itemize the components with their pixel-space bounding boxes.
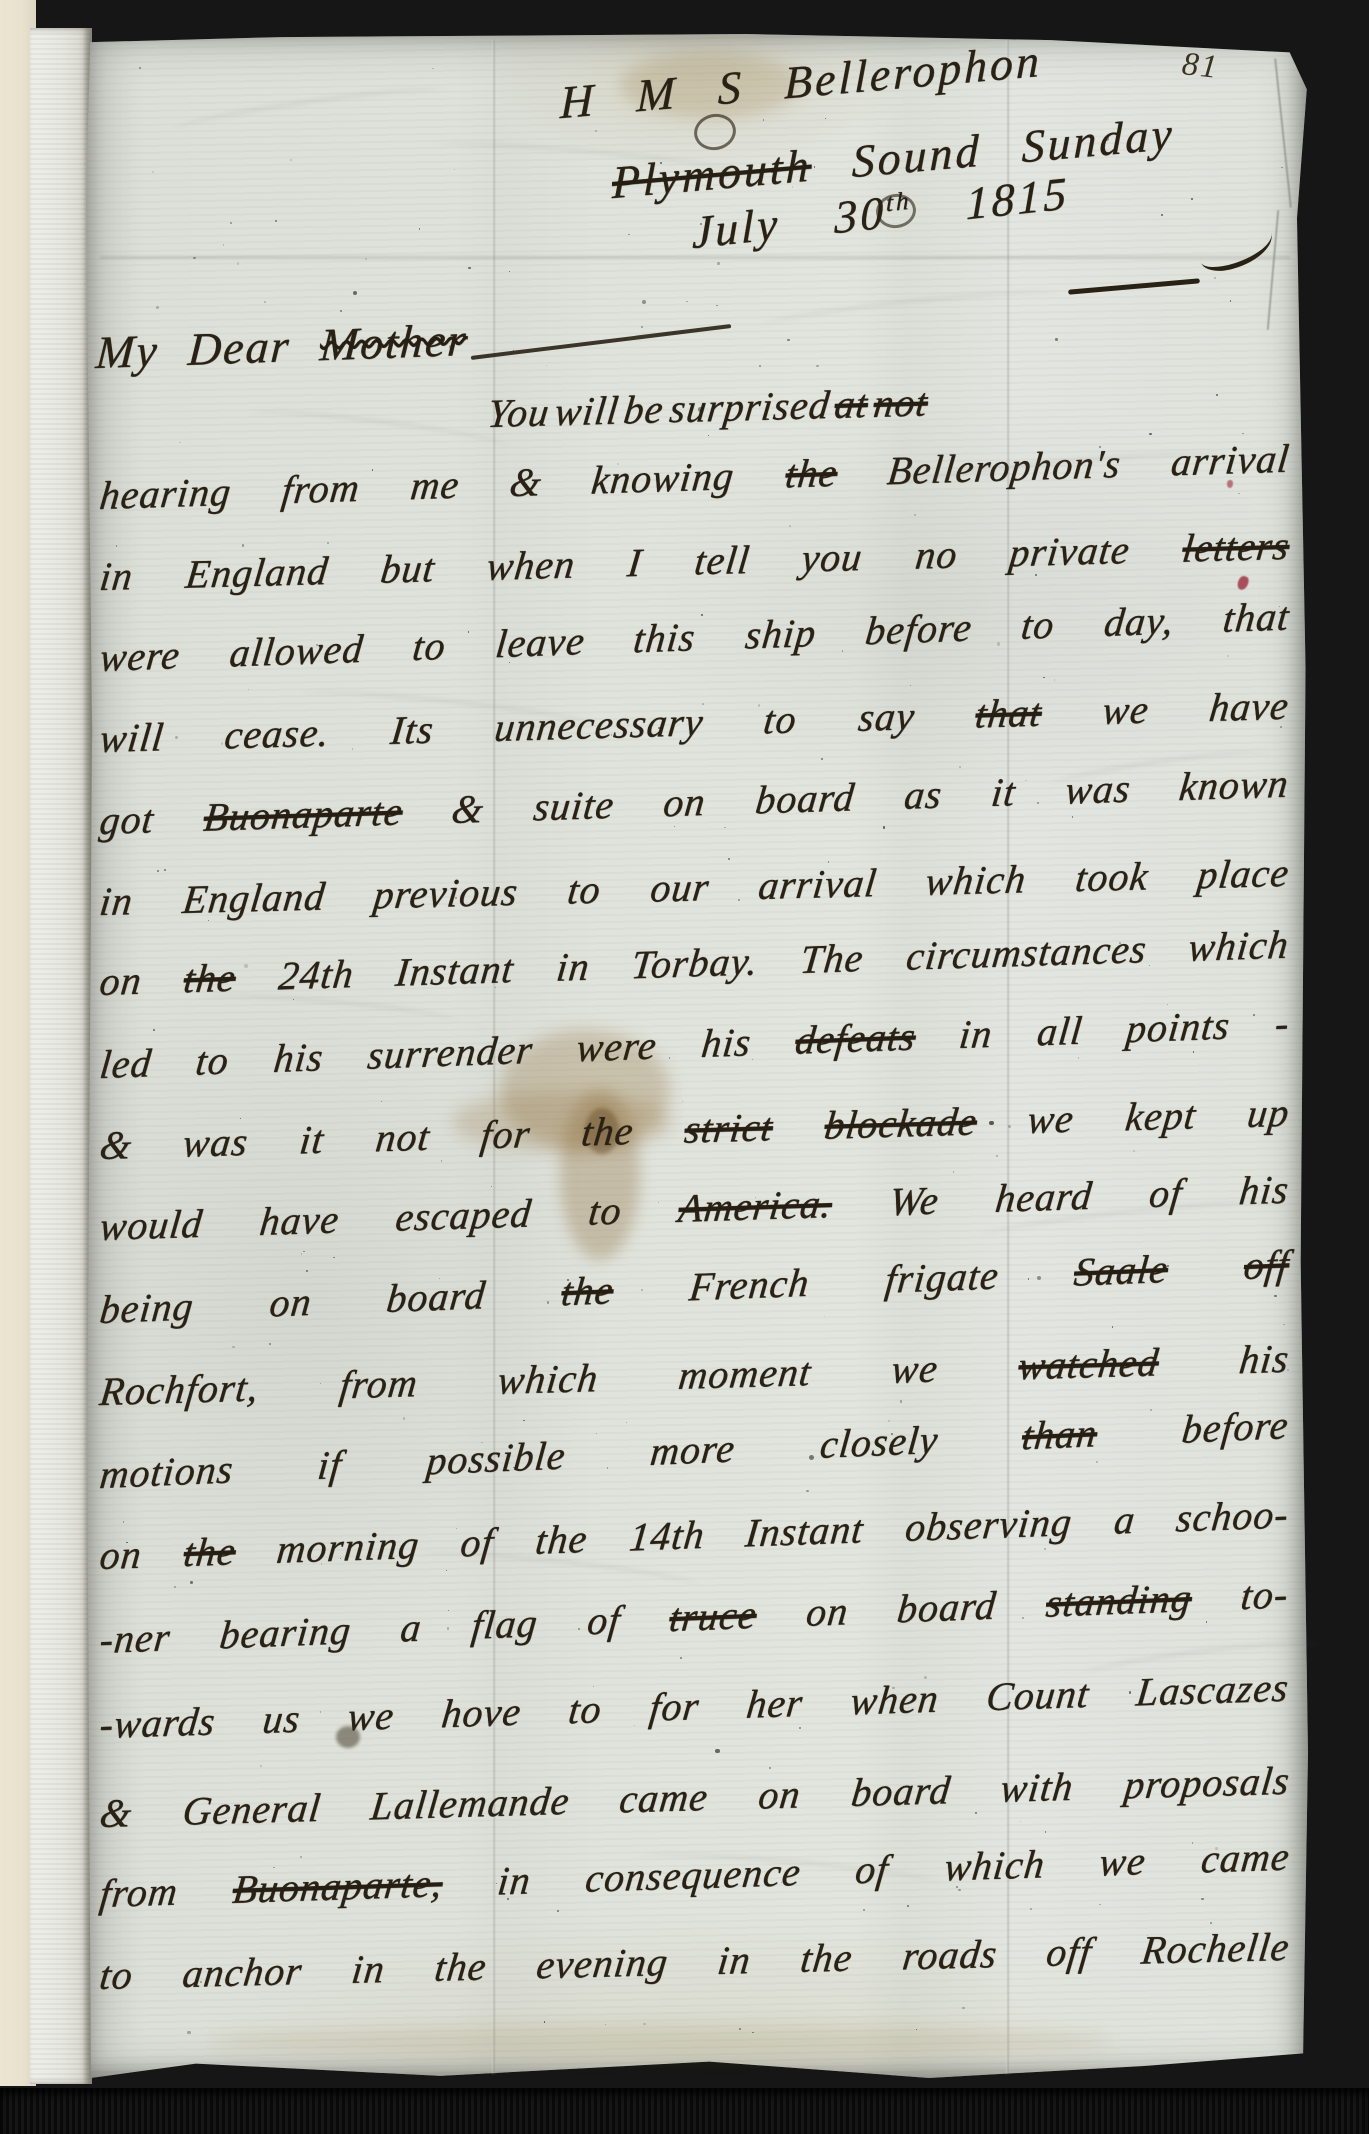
word: to [410, 622, 448, 670]
word: moment [676, 1348, 814, 1399]
ink-speck [682, 1101, 683, 1102]
ink-speck [1201, 1898, 1203, 1900]
word: when [484, 540, 578, 589]
word: England [183, 547, 331, 598]
ink-speck [900, 1400, 902, 1402]
word: we [1097, 1837, 1149, 1886]
ink-speck [1028, 1278, 1029, 1279]
manuscript-photo: 81 H M S Bellerophon Plymouth Sound Sund… [0, 0, 1369, 2134]
text-segment: My Dear [94, 319, 322, 378]
word: were [98, 631, 183, 681]
word: in [97, 877, 136, 925]
ink-speck [1099, 1904, 1100, 1905]
word: surrender [365, 1026, 535, 1079]
ink-speck [547, 1301, 549, 1303]
word: blockade [822, 1097, 980, 1148]
ink-speck [240, 1118, 241, 1119]
ink-speck [771, 171, 773, 173]
word: proposals [1122, 1757, 1293, 1809]
ink-speck [449, 345, 453, 349]
word: board [849, 1766, 953, 1816]
word: America. [676, 1180, 835, 1232]
ink-speck [340, 310, 342, 312]
ink-speck [381, 1101, 382, 1102]
ink-speck [763, 119, 765, 121]
word: in [957, 1010, 995, 1058]
word: I [625, 539, 645, 587]
ink-speck [419, 228, 420, 229]
ink-speck [269, 1343, 271, 1345]
ink-speck [607, 1467, 608, 1468]
ink-speck [996, 1155, 998, 1157]
ink-speck [1274, 1295, 1276, 1297]
word: we [1025, 1095, 1077, 1143]
ink-speck [275, 220, 277, 222]
ink-speck [264, 301, 266, 303]
stain-bottom-edge [210, 2024, 1110, 2058]
ink-speck [248, 689, 249, 690]
word: all [1035, 1007, 1085, 1056]
word: will [552, 386, 621, 435]
ink-speck [153, 1029, 155, 1031]
ink-speck [806, 1490, 808, 1492]
word: schoo- [1174, 1490, 1292, 1541]
ink-speck [642, 300, 646, 304]
ink-speck [891, 1433, 893, 1435]
word: that [1221, 592, 1292, 642]
word: board [385, 1271, 489, 1322]
word: we [889, 1344, 941, 1392]
word: in [495, 1856, 533, 1904]
word: a [399, 1604, 425, 1652]
ink-speck [922, 65, 924, 67]
word: observing [903, 1498, 1075, 1551]
word: circumstances [904, 925, 1149, 980]
word: of [585, 1596, 623, 1644]
word: ship [743, 609, 819, 659]
word: for [478, 1110, 533, 1159]
ink-speck [174, 1586, 175, 1587]
ink-speck [353, 291, 357, 295]
word: hove [440, 1688, 525, 1738]
word: which [942, 1840, 1048, 1890]
fabric-band [0, 2088, 1369, 2134]
ink-speck [956, 1886, 958, 1888]
word: got [97, 795, 156, 844]
word: on [804, 1587, 851, 1636]
word: being [98, 1282, 197, 1333]
word: & [507, 458, 544, 506]
text-segment: Mother [318, 314, 469, 370]
word: her [744, 1679, 805, 1728]
word: The [798, 934, 866, 983]
ink-speck [1105, 136, 1110, 141]
word: kept [1123, 1091, 1199, 1140]
word: not [373, 1113, 432, 1162]
ink-speck [717, 262, 719, 264]
word: to [567, 1685, 605, 1733]
word: in [349, 1945, 388, 1993]
word: place [1195, 849, 1292, 898]
ink-speck [752, 1059, 753, 1060]
word: us [261, 1695, 304, 1743]
ink-speck [975, 1812, 977, 1814]
ink-speck [454, 169, 455, 170]
word: French [687, 1259, 812, 1311]
word: board [753, 773, 857, 823]
word: the [783, 449, 840, 498]
word: with [998, 1763, 1076, 1812]
word: it [297, 1116, 327, 1164]
ink-speck [301, 1253, 302, 1254]
ink-speck [513, 1467, 514, 1468]
word: arrival [756, 859, 880, 909]
word: on [267, 1278, 314, 1327]
word: the [432, 1942, 489, 1990]
ink-speck [290, 159, 292, 161]
word: from [337, 1359, 420, 1408]
word: watched [1016, 1338, 1162, 1389]
word: standing [1044, 1574, 1194, 1627]
word: his [699, 1018, 754, 1067]
ink-speck [481, 1442, 483, 1444]
word: when [848, 1675, 942, 1725]
word: surprised [667, 381, 832, 432]
ink-speck [702, 703, 704, 705]
word: frigate [883, 1251, 1001, 1303]
ink-speck [1119, 942, 1121, 944]
word: on [98, 1530, 145, 1579]
word: his [1237, 1335, 1292, 1384]
word: we [346, 1692, 398, 1741]
word: which [495, 1354, 601, 1404]
word: you [800, 533, 866, 582]
word: that [973, 689, 1044, 738]
ink-speck [1116, 1529, 1118, 1531]
word: motions [98, 1445, 236, 1498]
word: to [762, 695, 800, 743]
word: private [1007, 526, 1133, 576]
ink-speck [1227, 655, 1229, 657]
word: were [574, 1021, 659, 1071]
ink-speck [997, 642, 1001, 646]
ink-speck [658, 727, 660, 729]
word: than [1020, 1409, 1100, 1459]
word: as [902, 770, 945, 818]
word: roads [900, 1930, 1000, 1979]
word: in [97, 552, 135, 600]
word: on [756, 1770, 803, 1818]
word: Torbay. [629, 937, 761, 988]
ink-speck [507, 1898, 509, 1900]
binding-edge-strip [30, 28, 92, 2084]
ink-speck [157, 870, 159, 872]
word: will [97, 713, 166, 762]
word: flag [469, 1599, 540, 1649]
word: this [632, 613, 699, 662]
word: anchor [180, 1947, 305, 1997]
word: off [1044, 1928, 1095, 1976]
word: on [661, 778, 708, 827]
word: say [856, 692, 918, 741]
word: 24th [276, 950, 356, 1000]
word: which [923, 855, 1029, 905]
word: previous [372, 868, 522, 919]
ink-speck [1147, 1935, 1148, 1936]
word: letters [1180, 522, 1292, 572]
ink-speck [441, 1160, 443, 1162]
word: to [1019, 601, 1057, 649]
word: Buonaparte, [230, 1859, 445, 1913]
ink-speck [1191, 198, 1193, 200]
ink-speck [976, 1519, 981, 1524]
word: points [1124, 1001, 1233, 1052]
word: tell [692, 536, 752, 585]
ink-speck [789, 525, 791, 527]
word: board [895, 1581, 999, 1632]
word: Lallemande [368, 1777, 572, 1830]
word: which [1186, 921, 1292, 971]
ink-speck [139, 67, 141, 69]
ink-speck [1133, 1150, 1135, 1152]
word: took [1073, 852, 1151, 901]
word: have [257, 1195, 342, 1245]
word: England [180, 872, 328, 923]
word: in [715, 1936, 754, 1984]
word: & [450, 785, 487, 833]
page-number: 81 [1180, 46, 1221, 87]
word: have [1207, 682, 1292, 731]
word: knowing [590, 452, 738, 504]
ink-speck [333, 1257, 334, 1258]
word: day, [1102, 596, 1176, 646]
word: 14th [627, 1511, 707, 1561]
word: to [194, 1036, 232, 1084]
word: & [97, 1789, 134, 1837]
word: but [378, 544, 437, 593]
word: Instant [393, 945, 516, 996]
word: before [863, 603, 975, 654]
ink-speck [237, 262, 240, 265]
ink-speck [641, 1289, 643, 1291]
word: bearing [218, 1606, 354, 1658]
word: his [271, 1033, 326, 1082]
ink-speck [962, 2007, 964, 2009]
ink-speck [649, 641, 651, 643]
word: defeats [793, 1012, 918, 1063]
ink-speck [300, 1856, 302, 1858]
word: Buonaparte [201, 787, 405, 840]
ink-speck [567, 1279, 569, 1281]
ink-speck [447, 1627, 449, 1629]
word: up [1245, 1089, 1292, 1137]
word: the [559, 1266, 616, 1315]
ink-speck [698, 407, 703, 412]
word: was [181, 1118, 252, 1167]
word: before [1180, 1401, 1291, 1453]
ink-speck [1283, 1324, 1284, 1325]
word: to [565, 866, 604, 914]
word: evening [534, 1938, 671, 1988]
ink-speck [208, 920, 209, 921]
word: at [832, 380, 870, 428]
ink-speck [1055, 338, 1057, 340]
word: to- [1239, 1570, 1291, 1619]
word: the [181, 1527, 238, 1576]
ink-speck [814, 166, 815, 167]
word: truce [667, 1591, 759, 1642]
ink-speck [1149, 433, 1151, 435]
word: if [316, 1441, 345, 1489]
word: me [408, 461, 462, 510]
ink-speck [1207, 1871, 1208, 1872]
word: & [97, 1121, 134, 1169]
ink-speck [953, 1171, 954, 1172]
word: strict [682, 1103, 775, 1153]
ink-speck [448, 1610, 449, 1611]
word: came [1198, 1833, 1291, 1883]
ink-speck [792, 186, 794, 188]
ink-speck [739, 2028, 740, 2029]
ink-speck [914, 514, 916, 516]
ink-speck [713, 558, 715, 560]
ink-speck [738, 899, 740, 901]
ink-speck [809, 1455, 814, 1460]
word: closely [818, 1416, 941, 1468]
word: off [1241, 1240, 1291, 1289]
word: - [1272, 999, 1291, 1047]
word: not [871, 378, 930, 427]
word: a [1111, 1496, 1137, 1544]
word: possible [425, 1431, 569, 1484]
ink-speck [1281, 167, 1282, 168]
ink-speck [496, 1883, 497, 1884]
ink-speck [680, 1657, 682, 1659]
word: Rochfort, [97, 1363, 261, 1415]
ink-speck [959, 766, 961, 768]
word: to [97, 1951, 136, 1999]
word: from [279, 464, 362, 514]
ink-speck [491, 902, 493, 904]
word: on [97, 957, 144, 1006]
word: in [554, 943, 592, 991]
word: -ner [98, 1613, 173, 1663]
word: heard [993, 1172, 1095, 1222]
word: the [533, 1515, 590, 1564]
word: -wards [97, 1697, 218, 1748]
ink-speck [611, 734, 612, 735]
word: the [798, 1934, 855, 1982]
ink-speck [628, 234, 629, 235]
word: led [98, 1039, 155, 1088]
word: to [586, 1187, 624, 1235]
ink-speck [1215, 1847, 1217, 1849]
ink-speck [842, 650, 844, 652]
ink-speck [1214, 277, 1215, 278]
word: our [648, 863, 712, 912]
word: more [648, 1424, 737, 1475]
word: hearing [97, 468, 233, 519]
ink-speck [1099, 446, 1101, 448]
word: be [622, 385, 667, 433]
word: from [97, 1867, 180, 1917]
ink-speck [509, 271, 510, 272]
ink-speck [701, 614, 702, 615]
ink-speck [190, 1581, 193, 1584]
ink-speck [758, 704, 760, 706]
word: cease. [222, 708, 332, 758]
word: for [647, 1682, 702, 1731]
word: no [913, 530, 960, 578]
word: it [989, 768, 1018, 816]
word: Rochelle [1139, 1923, 1292, 1974]
word: leave [493, 617, 587, 667]
word: would [97, 1200, 205, 1250]
word: allowed [227, 625, 366, 677]
word: Instant [744, 1505, 867, 1556]
ink-speck [1067, 1780, 1069, 1782]
word: Count [984, 1670, 1092, 1720]
word: escaped [394, 1189, 535, 1240]
ink-speck [816, 365, 818, 367]
word: We [887, 1177, 942, 1226]
ink-speck [1216, 394, 1217, 395]
ink-speck [1045, 1831, 1047, 1833]
word: morning [275, 1521, 422, 1573]
ink-speck [1028, 1449, 1029, 1450]
word: the [579, 1107, 636, 1156]
word: came [618, 1773, 712, 1823]
ink-speck [468, 631, 470, 633]
word: we [1100, 686, 1152, 734]
ink-speck [1206, 1621, 1207, 1622]
ink-speck [863, 1909, 865, 1911]
ink-speck [320, 1383, 321, 1384]
ink-speck [1118, 132, 1119, 133]
word: Saale [1072, 1245, 1171, 1296]
word: suite [531, 781, 617, 831]
word: General [180, 1784, 323, 1835]
word: You [485, 388, 552, 437]
